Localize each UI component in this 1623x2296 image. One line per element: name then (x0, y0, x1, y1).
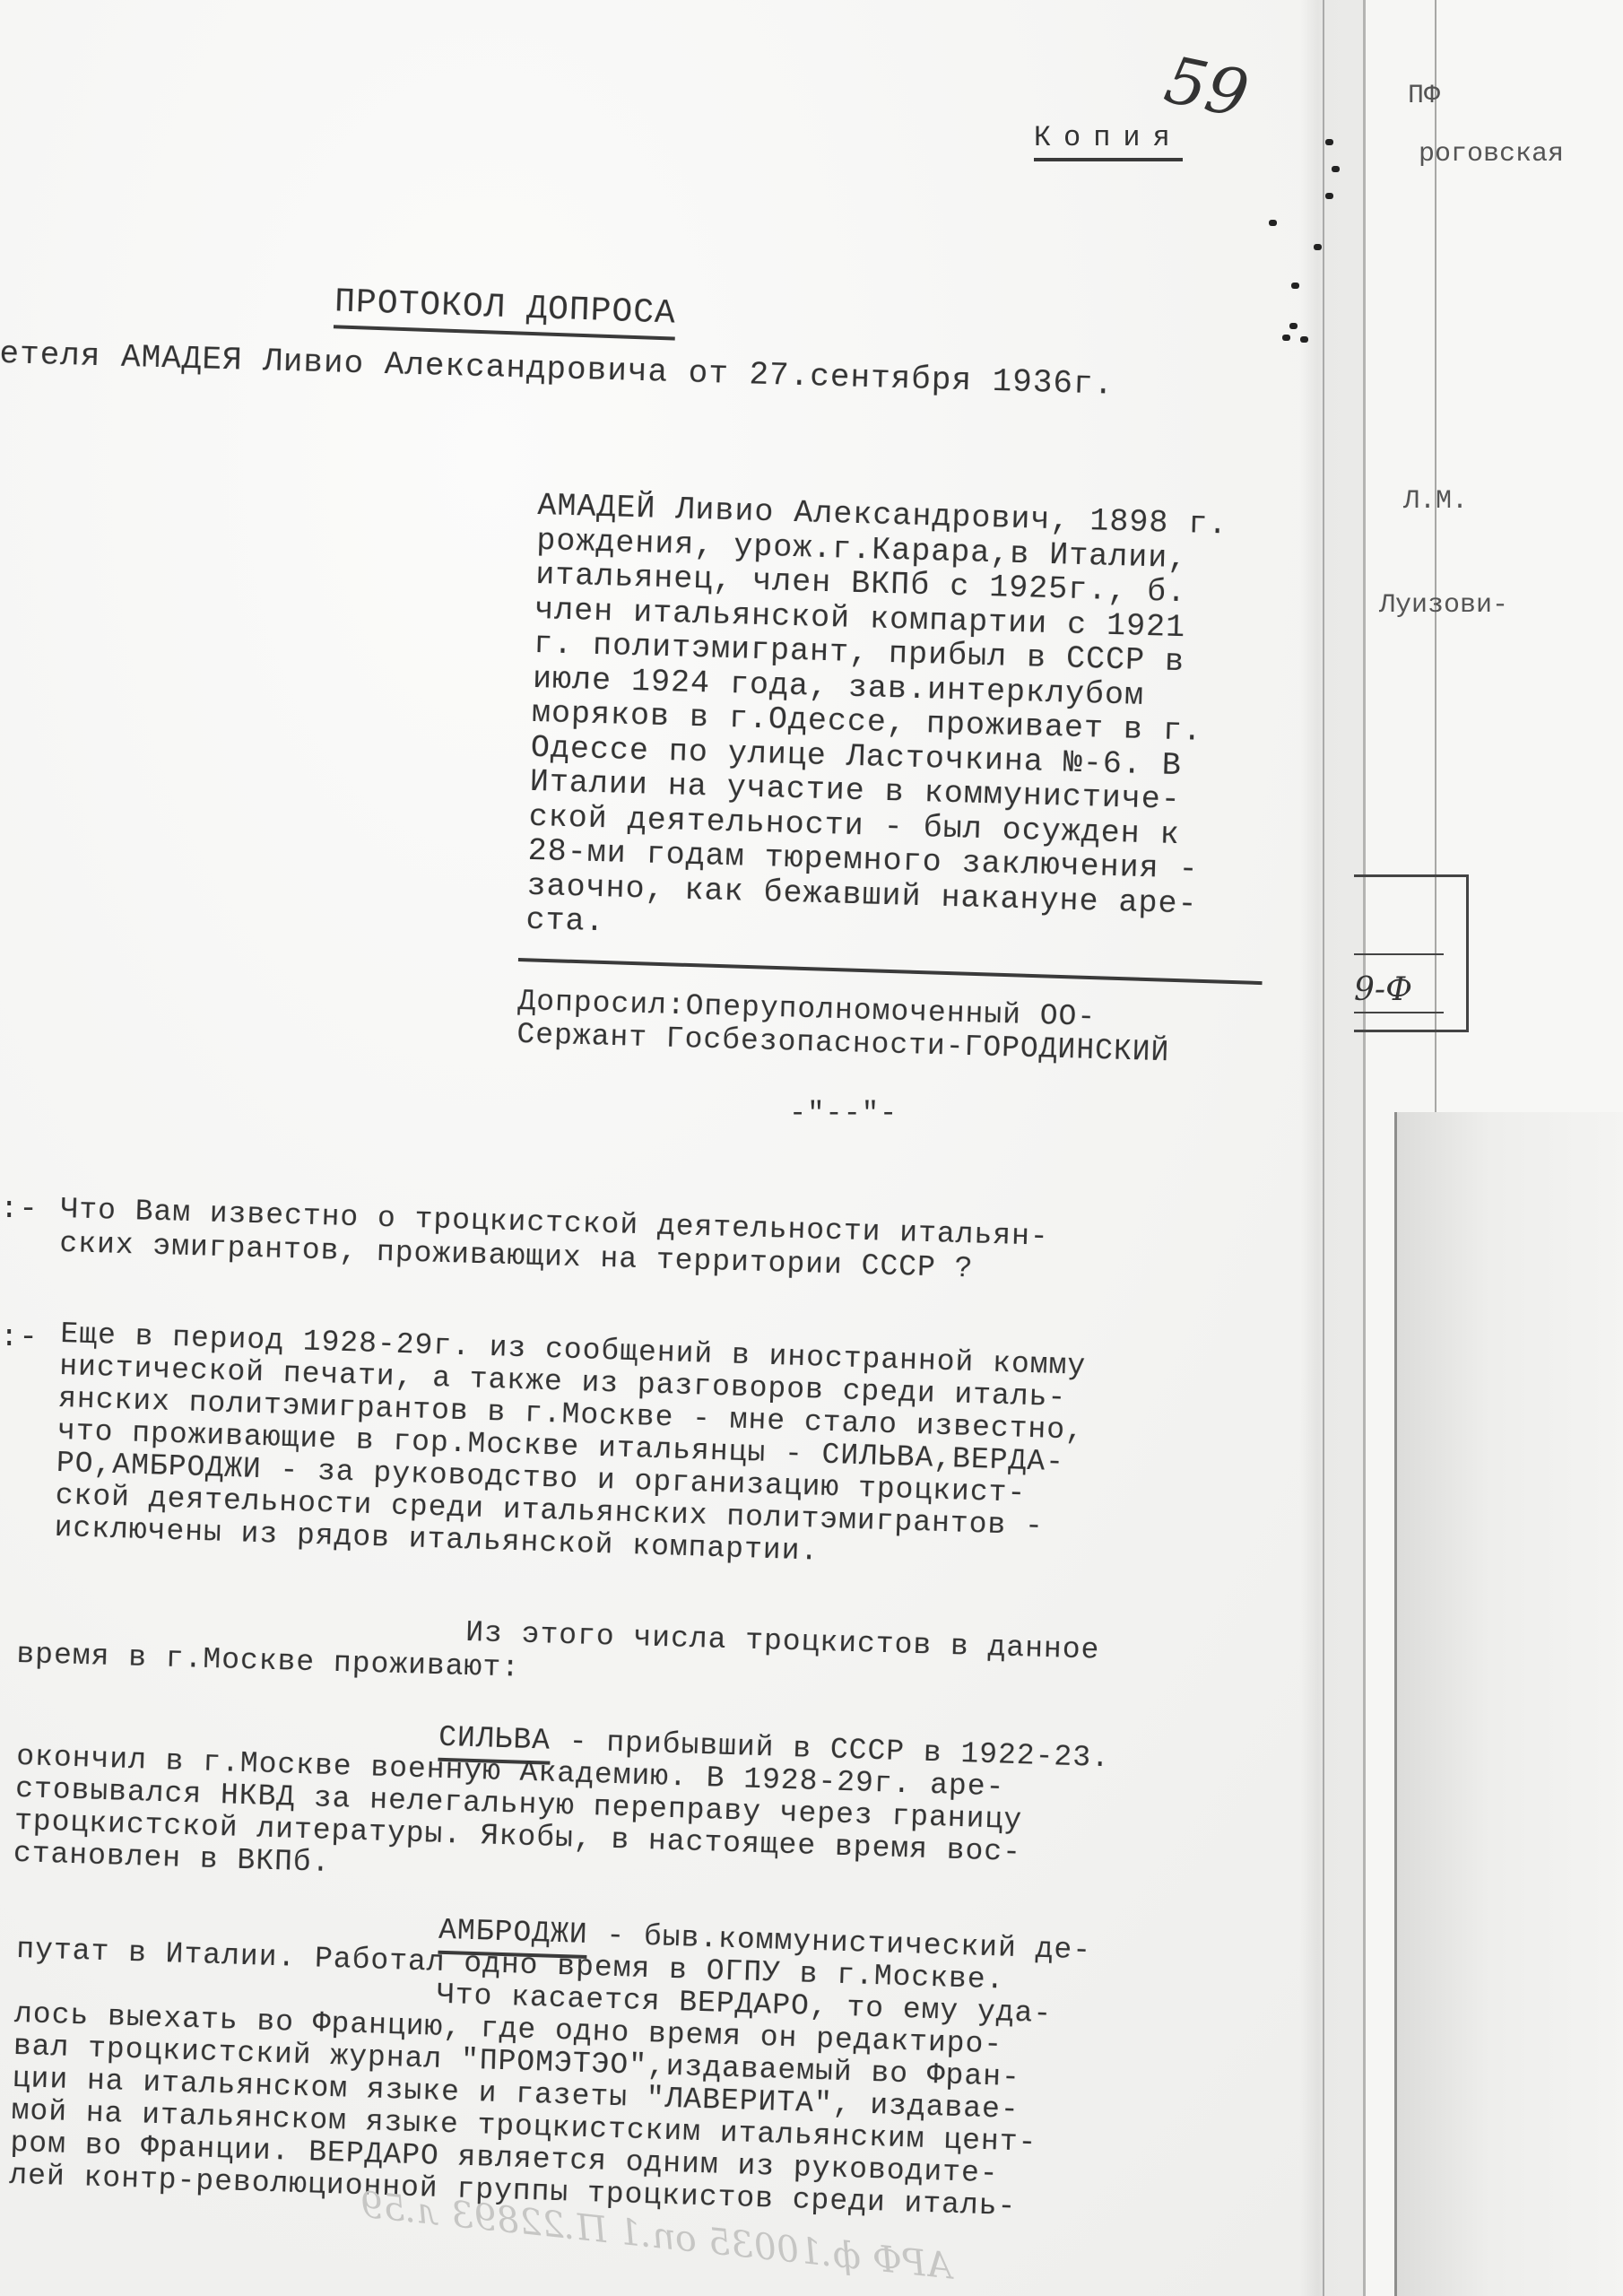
answer-text: Еще в период 1928-29г. из сообщений в ин… (54, 1318, 1087, 1577)
underlying-text-name-fragment: Луизови- (1379, 590, 1508, 621)
answer-marker: :- (0, 1321, 39, 1356)
underlying-text-pf: ПФ (1408, 81, 1440, 111)
copy-label: Копия (915, 85, 1183, 190)
paragraph-moscow: Из этого числа троцкистов в данноевремя … (16, 1604, 1100, 1702)
biography-block: АМАДЕЙ Ливио Александрович, 1898 г.рожде… (525, 489, 1228, 957)
document-page: ПФ роговская Л.М. Луизови- 9-Ф Копия 59 … (0, 0, 1623, 2296)
binding-dot (1282, 335, 1290, 341)
paragraph-silva: СИЛЬВА - прибывший в СССР в 1922-23.окон… (13, 1709, 1110, 1904)
binding-dot (1291, 283, 1299, 289)
question-text: Что Вам известно о троцкистской деятельн… (59, 1193, 1049, 1289)
archive-stamp-box: 9-Ф (1354, 874, 1469, 1032)
underlying-sheet-c (1394, 1112, 1623, 2296)
horizontal-rule (518, 958, 1263, 985)
binding-dot (1332, 166, 1340, 172)
binding-dot (1300, 336, 1308, 343)
underlying-text-rogovskaya: роговская (1419, 139, 1564, 170)
binding-dot (1325, 193, 1333, 199)
stamp-handwriting: 9-Ф (1354, 971, 1412, 1008)
paragraph-ambrogi: АМБРОДЖИ - быв.коммунистический де-путат… (9, 1901, 1092, 2225)
separator: -"--"- (789, 1096, 898, 1131)
binding-dot (1314, 244, 1322, 250)
binding-dot (1325, 139, 1333, 145)
binding-dot (1269, 220, 1277, 226)
underlying-text-initials: Л.М. (1403, 486, 1468, 517)
question-marker: :- (0, 1193, 39, 1228)
interrogator-block: Допросил:Оперуполномоченный ОО-Сержант Г… (516, 985, 1171, 1069)
binding-dot (1289, 323, 1298, 329)
